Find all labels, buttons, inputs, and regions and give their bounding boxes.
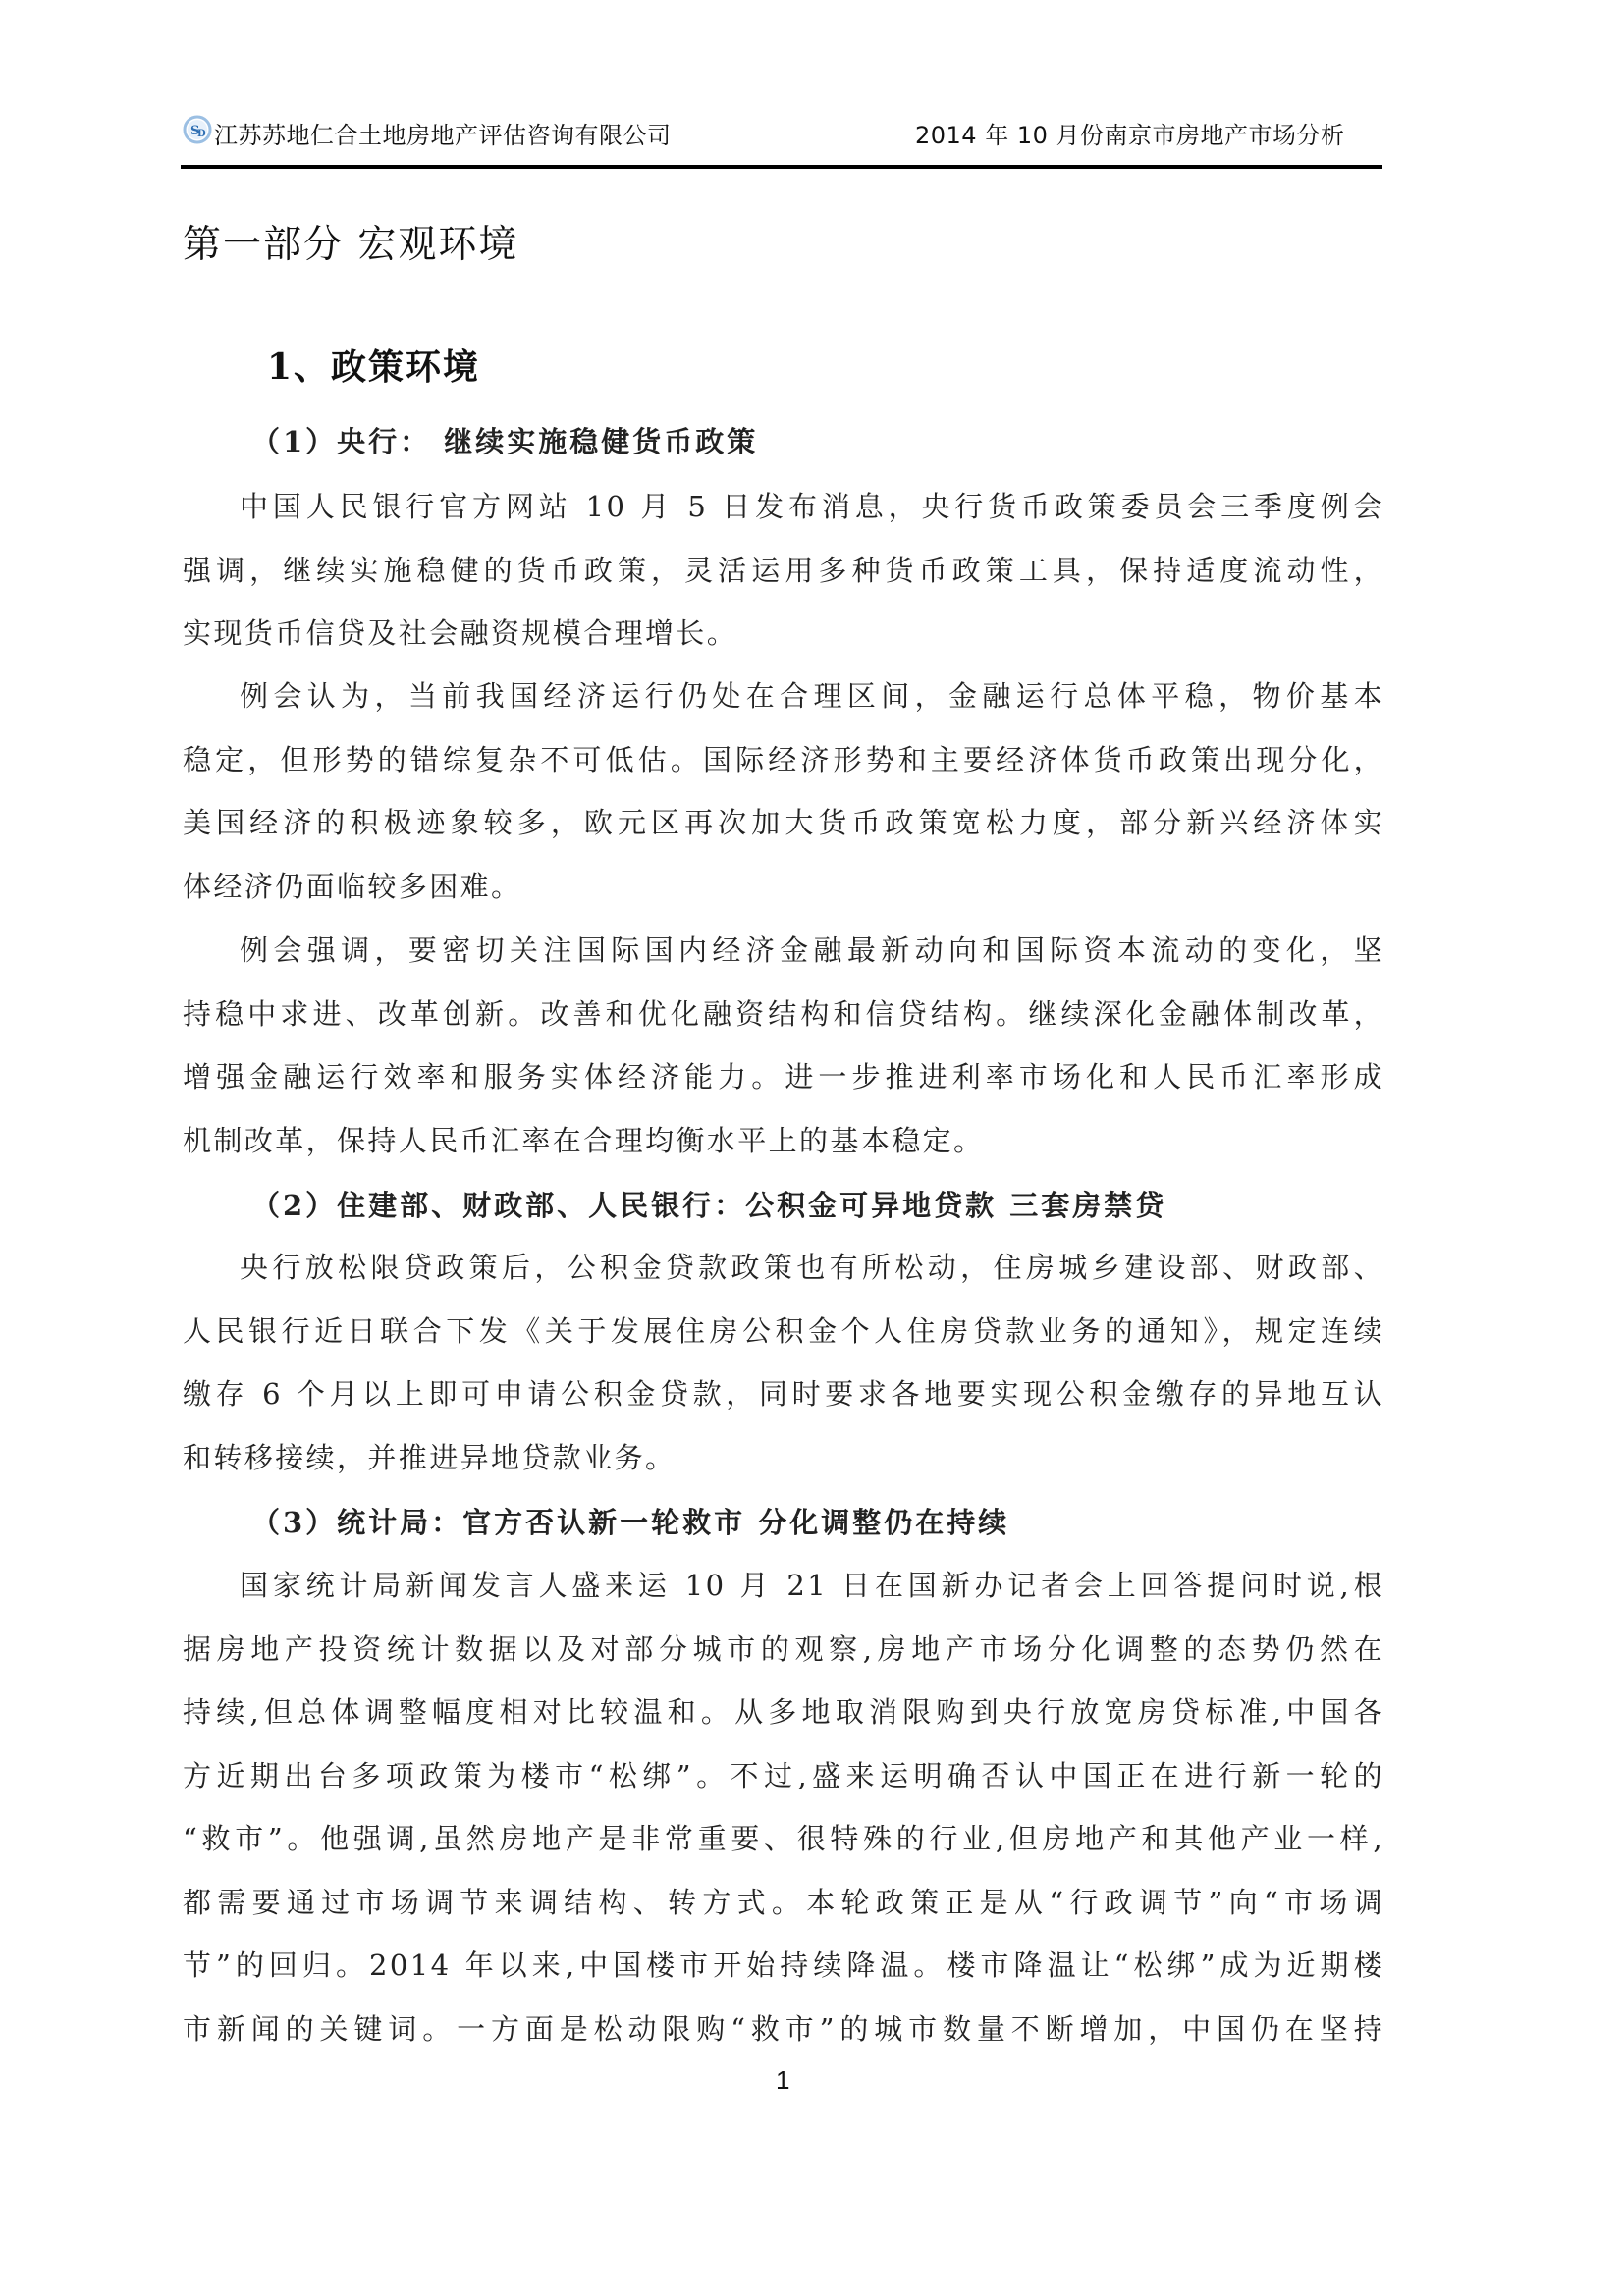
paragraph: 央行放松限贷政策后，公积金贷款政策也有所松动，住房城乡建设部、财政部、 人民银行… [183, 1236, 1384, 1489]
paragraph-line: “救市”。他强调,虽然房地产是非常重要、很特殊的行业,但房地产和其他产业一样, [183, 1807, 1384, 1871]
paragraph: 例会强调，要密切关注国际国内经济金融最新动向和国际资本流动的变化，坚 持稳中求进… [183, 919, 1384, 1172]
paragraph-line: 方近期出台多项政策为楼市“松绑”。不过,盛来运明确否认中国正在进行新一轮的 [183, 1744, 1384, 1808]
paragraph-line: 增强金融运行效率和服务实体经济能力。进一步推进利率市场化和人民币汇率形成 [183, 1045, 1384, 1109]
paragraph-line: 机制改革，保持人民币汇率在合理均衡水平上的基本稳定。 [183, 1109, 1384, 1173]
page-number: 1 [776, 2065, 789, 2096]
paragraph: 国家统计局新闻发言人盛来运 10 月 21 日在国新办记者会上回答提问时说,根 … [183, 1554, 1384, 2060]
svg-text:D: D [197, 129, 206, 139]
paragraph-line: 例会强调，要密切关注国际国内经济金融最新动向和国际资本流动的变化，坚 [183, 919, 1384, 983]
subsection-title-2: （2）住建部、财政部、人民银行：公积金可异地贷款 三套房禁贷 [251, 1184, 1166, 1224]
report-title: 2014 年 10 月份南京市房地产市场分析 [915, 116, 1345, 150]
paragraph-line: 人民银行近日联合下发《关于发展住房公积金个人住房贷款业务的通知》，规定连续 [183, 1300, 1384, 1363]
paragraph: 例会认为，当前我国经济运行仍处在合理区间，金融运行总体平稳，物价基本 稳定，但形… [183, 665, 1384, 918]
paragraph-line: 节”的回归。2014 年以来,中国楼市开始持续降温。楼市降温让“松绑”成为近期楼 [183, 1934, 1384, 1998]
section-title: 1、政策环境 [267, 340, 480, 390]
paragraph-line: 体经济仍面临较多困难。 [183, 855, 1384, 919]
paragraph-line: 和转移接续，并推进异地贷款业务。 [183, 1426, 1384, 1490]
paragraph-line: 都需要通过市场调节来调结构、转方式。本轮政策正是从“行政调节”向“市场调 [183, 1871, 1384, 1935]
subsection-title-3: （3）统计局：官方否认新一轮救市 分化调整仍在持续 [251, 1501, 1009, 1541]
company-name: 江苏苏地仁合土地房地产评估咨询有限公司 [214, 116, 672, 150]
part-title: 第一部分 宏观环境 [183, 214, 518, 269]
paragraph-line: 强调，继续实施稳健的货币政策，灵活运用多种货币政策工具，保持适度流动性， [183, 539, 1384, 603]
paragraph: 中国人民银行官方网站 10 月 5 日发布消息，央行货币政策委员会三季度例会 强… [183, 475, 1384, 666]
subsection-title-1: （1）央行： 继续实施稳健货币政策 [251, 420, 758, 460]
header-divider [181, 165, 1382, 169]
page-header: S D 江苏苏地仁合土地房地产评估咨询有限公司 2014 年 10 月份南京市房… [183, 110, 1382, 167]
paragraph-line: 实现货币信贷及社会融资规模合理增长。 [183, 602, 1384, 666]
paragraph-line: 中国人民银行官方网站 10 月 5 日发布消息，央行货币政策委员会三季度例会 [183, 475, 1384, 539]
paragraph-line: 美国经济的积极迹象较多，欧元区再次加大货币政策宽松力度，部分新兴经济体实 [183, 791, 1384, 855]
sd-company-logo-icon: S D [183, 115, 212, 144]
document-page: S D 江苏苏地仁合土地房地产评估咨询有限公司 2014 年 10 月份南京市房… [0, 0, 1624, 2296]
paragraph-line: 央行放松限贷政策后，公积金贷款政策也有所松动，住房城乡建设部、财政部、 [183, 1236, 1384, 1300]
paragraph-line: 缴存 6 个月以上即可申请公积金贷款，同时要求各地要实现公积金缴存的异地互认 [183, 1362, 1384, 1426]
paragraph-line: 持续,但总体调整幅度相对比较温和。从多地取消限购到央行放宽房贷标准,中国各 [183, 1681, 1384, 1744]
paragraph-line: 市新闻的关键词。一方面是松动限购“救市”的城市数量不断增加，中国仍在坚持 [183, 1998, 1384, 2061]
paragraph-line: 国家统计局新闻发言人盛来运 10 月 21 日在国新办记者会上回答提问时说,根 [183, 1554, 1384, 1618]
paragraph-line: 稳定，但形势的错综复杂不可低估。国际经济形势和主要经济体货币政策出现分化， [183, 728, 1384, 792]
paragraph-line: 持稳中求进、改革创新。改善和优化融资结构和信贷结构。继续深化金融体制改革， [183, 983, 1384, 1046]
paragraph-line: 据房地产投资统计数据以及对部分城市的观察,房地产市场分化调整的态势仍然在 [183, 1618, 1384, 1682]
paragraph-line: 例会认为，当前我国经济运行仍处在合理区间，金融运行总体平稳，物价基本 [183, 665, 1384, 728]
